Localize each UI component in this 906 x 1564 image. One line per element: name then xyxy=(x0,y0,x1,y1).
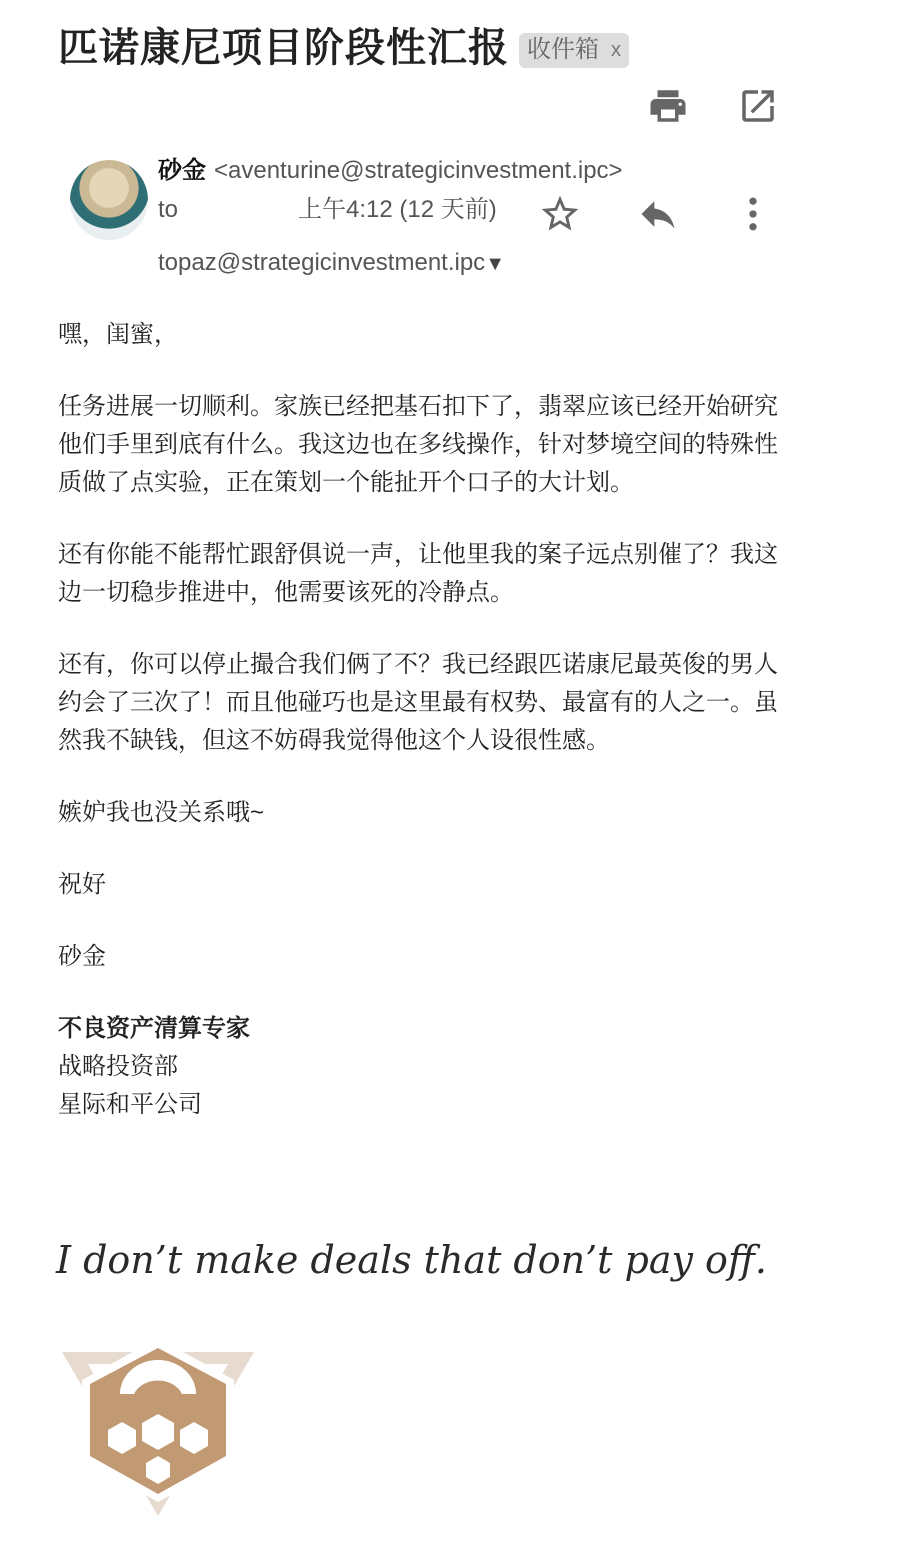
recipient-dropdown[interactable]: topaz@strategicinvestment.ipc▼ xyxy=(158,248,505,279)
signature-motto: I don’t make deals that don’t pay off. xyxy=(56,1238,767,1282)
signature-company: 星际和平公司 xyxy=(58,1086,778,1124)
email-body: 嘿，闺蜜， 任务进展一切顺利。家族已经把基石扣下了，翡翠应该已经开始研究他们手里… xyxy=(58,316,778,1124)
recipient-email: topaz@strategicinvestment.ipc xyxy=(158,249,485,276)
sender-avatar[interactable] xyxy=(70,160,148,240)
more-vert-icon xyxy=(731,192,775,236)
sender-name[interactable]: 砂金 xyxy=(158,157,206,184)
remove-label-button[interactable]: x xyxy=(611,35,621,65)
signoff-name: 砂金 xyxy=(58,938,778,976)
subject-row: 匹诺康尼项目阶段性汇报 收件箱 x xyxy=(58,22,629,74)
timestamp: 上午4:12 (12 天前) xyxy=(298,195,497,225)
greeting: 嘿，闺蜜， xyxy=(58,316,778,354)
body-paragraph: 还有你能不能帮忙跟舒俱说一声，让他里我的案子远点别催了？我这边一切稳步推进中，他… xyxy=(58,536,778,612)
signature-department: 战略投资部 xyxy=(58,1048,778,1086)
body-paragraph: 还有，你可以停止撮合我们俩了不？我已经跟匹诺康尼最英俊的男人约会了三次了！而且他… xyxy=(58,646,778,760)
inbox-label-chip[interactable]: 收件箱 x xyxy=(519,33,629,68)
star-button[interactable] xyxy=(538,192,582,236)
star-icon xyxy=(538,192,582,236)
to-label: to xyxy=(158,195,178,225)
reply-button[interactable] xyxy=(636,192,680,236)
open-in-new-window-button[interactable] xyxy=(736,84,780,128)
body-paragraph: 嫉妒我也没关系哦~ xyxy=(58,794,778,832)
company-logo-icon xyxy=(58,1330,258,1520)
open-in-new-window-icon xyxy=(737,85,779,127)
print-button[interactable] xyxy=(646,84,690,128)
body-paragraph: 任务进展一切顺利。家族已经把基石扣下了，翡翠应该已经开始研究他们手里到底有什么。… xyxy=(58,388,778,502)
more-options-button[interactable] xyxy=(731,192,775,236)
sender-email: <aventurine@strategicinvestment.ipc> xyxy=(214,157,623,184)
reply-icon xyxy=(636,192,680,236)
caret-down-icon: ▼ xyxy=(485,253,505,275)
sender-line: 砂金<aventurine@strategicinvestment.ipc> xyxy=(158,156,623,186)
label-name: 收件箱 xyxy=(527,35,599,65)
signature-block: 不良资产清算专家 战略投资部 星际和平公司 xyxy=(58,1010,778,1124)
message-toolbar xyxy=(646,84,780,128)
signature-title: 不良资产清算专家 xyxy=(58,1010,778,1048)
print-icon xyxy=(647,85,689,127)
email-subject: 匹诺康尼项目阶段性汇报 xyxy=(58,22,509,74)
closing: 祝好 xyxy=(58,866,778,904)
